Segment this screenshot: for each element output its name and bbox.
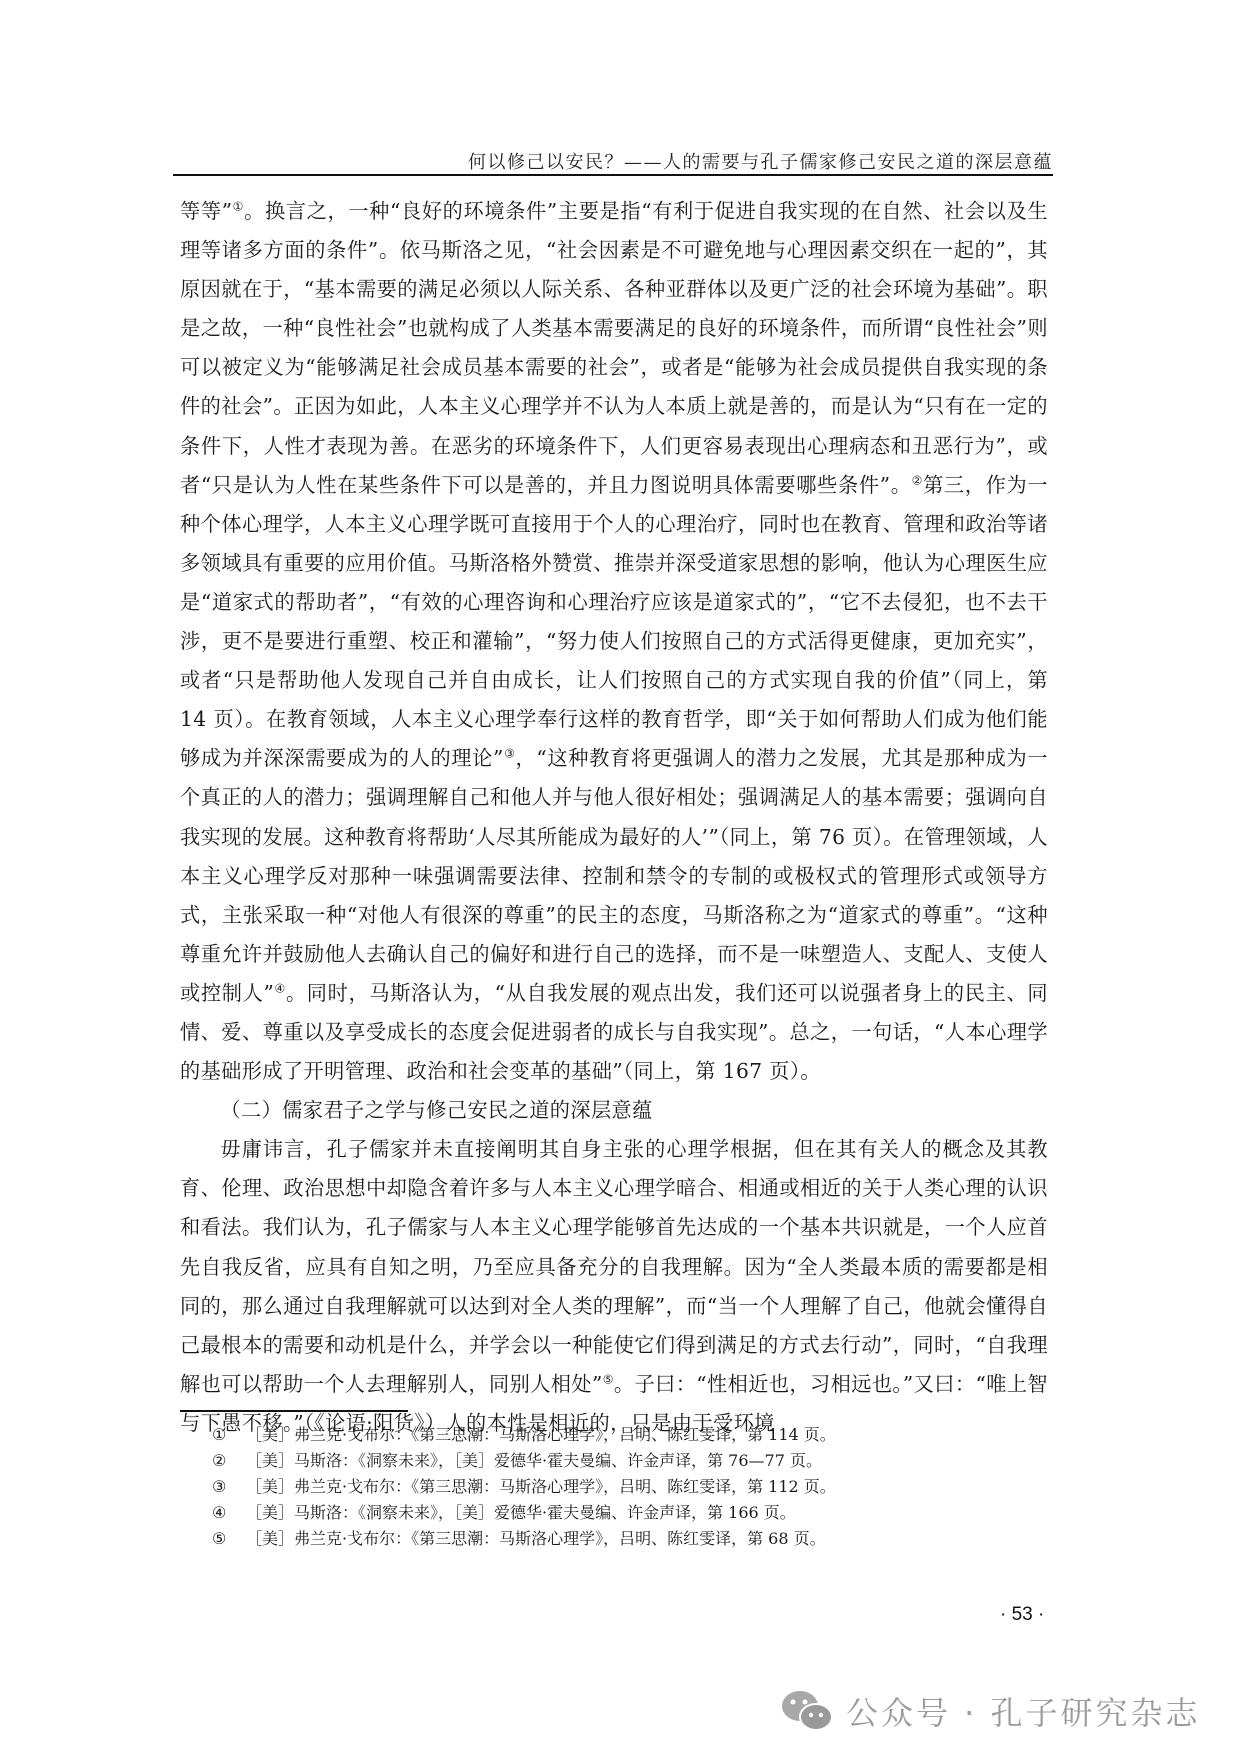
text-segment: 。同时，马斯洛认为，“从自我发展的观点出发，我们还可以说强者身上的民主、同情、爱… (180, 981, 1048, 1083)
footnote-ref-4[interactable]: ④ (274, 981, 286, 995)
footnote-number: ③ (212, 1474, 246, 1500)
footnote-text: ［美］弗兰克·戈布尔：《第三思潮：马斯洛心理学》，吕明、陈红雯译，第 68 页。 (246, 1526, 826, 1552)
text-segment: 第三，作为一种个体心理学，人本主义心理学既可直接用于个人的心理治疗，同时也在教育… (180, 473, 1048, 771)
footnote-item: ② ［美］马斯洛：《洞察未来》，［美］爱德华·霍夫曼编、许金声译，第 76—77… (212, 1448, 1032, 1474)
section-heading: （二）儒家君子之学与修己安民之道的深层意蕴 (180, 1091, 1048, 1130)
paragraph-2: 毋庸讳言，孔子儒家并未直接阐明其自身主张的心理学根据，但在其有关人的概念及其教育… (180, 1130, 1048, 1443)
footnote-ref-2[interactable]: ② (912, 473, 923, 487)
text-segment: 。换言之，一种“良好的环境条件”主要是指“有利于促进自我实现的在自然、社会以及生… (180, 199, 1048, 497)
wechat-icon (780, 1689, 836, 1733)
page-number: · 53 · (1000, 1604, 1044, 1626)
watermark: 公众号 · 孔子研究杂志 (780, 1688, 1201, 1734)
header-divider (173, 174, 1053, 176)
footnote-ref-3[interactable]: ③ (504, 747, 516, 761)
body-text: 等等”①。换言之，一种“良好的环境条件”主要是指“有利于促进自我实现的在自然、社… (180, 192, 1048, 1443)
footnote-item: ① ［美］弗兰克·戈布尔：《第三思潮：马斯洛心理学》，吕明、陈红雯译，第 114… (212, 1422, 1032, 1448)
footnote-number: ④ (212, 1500, 246, 1526)
footnote-divider (180, 1410, 408, 1412)
footnote-number: ② (212, 1448, 246, 1474)
footnote-ref-1[interactable]: ① (232, 199, 244, 213)
footnote-text: ［美］马斯洛：《洞察未来》，［美］爱德华·霍夫曼编、许金声译，第 166 页。 (246, 1500, 796, 1526)
footnote-text: ［美］弗兰克·戈布尔：《第三思潮：马斯洛心理学》，吕明、陈红雯译，第 112 页… (246, 1474, 836, 1500)
footnote-item: ⑤ ［美］弗兰克·戈布尔：《第三思潮：马斯洛心理学》，吕明、陈红雯译，第 68 … (212, 1526, 1032, 1552)
footnote-ref-5[interactable]: ⑤ (603, 1372, 614, 1386)
paragraph-1: 等等”①。换言之，一种“良好的环境条件”主要是指“有利于促进自我实现的在自然、社… (180, 192, 1048, 1091)
footnote-text: ［美］马斯洛：《洞察未来》，［美］爱德华·霍夫曼编、许金声译，第 76—77 页… (246, 1448, 822, 1474)
text-segment: 等等” (180, 199, 232, 223)
footnote-item: ④ ［美］马斯洛：《洞察未来》，［美］爱德华·霍夫曼编、许金声译，第 166 页… (212, 1500, 1032, 1526)
running-header: 何以修己以安民？——人的需要与孔子儒家修己安民之道的深层意蕴 (173, 148, 1053, 174)
footnote-number: ⑤ (212, 1526, 246, 1552)
footnote-text: ［美］弗兰克·戈布尔：《第三思潮：马斯洛心理学》，吕明、陈红雯译，第 114 页… (246, 1422, 836, 1448)
footnote-number: ① (212, 1422, 246, 1448)
footnote-item: ③ ［美］弗兰克·戈布尔：《第三思潮：马斯洛心理学》，吕明、陈红雯译，第 112… (212, 1474, 1032, 1500)
watermark-text: 公众号 · 孔子研究杂志 (846, 1688, 1201, 1734)
footnotes: ① ［美］弗兰克·戈布尔：《第三思潮：马斯洛心理学》，吕明、陈红雯译，第 114… (212, 1422, 1032, 1552)
text-segment: 毋庸讳言，孔子儒家并未直接阐明其自身主张的心理学根据，但在其有关人的概念及其教育… (180, 1137, 1048, 1396)
text-segment: ，“这种教育将更强调人的潜力之发展，尤其是那种成为一个真正的人的潜力；强调理解自… (180, 746, 1048, 1005)
